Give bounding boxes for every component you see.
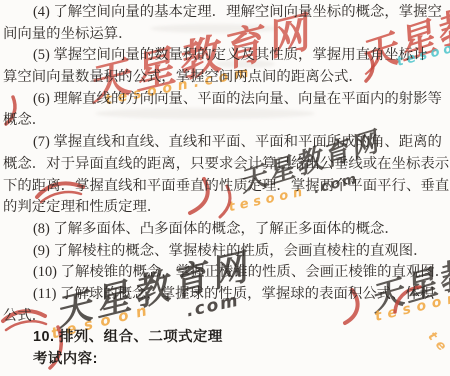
syllabus-line: (6) 理解直线的方向向量、平面的法向量、向量在平面内的射影等 [3, 89, 449, 111]
syllabus-line: (9) 了解棱柱的概念、掌握棱柱的性质，会画直棱柱的直观图． [3, 241, 449, 263]
syllabus-line: (8) 了解多面体、凸多面体的概念，了解正多面体的概念． [3, 219, 449, 241]
syllabus-line: (4) 了解空间向量的基本定理．理解空间向量坐标的概念，掌握空 [3, 2, 449, 24]
syllabus-line: (5) 掌握空间向量的数量积的定义及其性质，掌握用直角坐标计 [3, 45, 449, 67]
scanned-syllabus-page: 天星教育网 tesoon.com 天星教 tesoon 天星教育网 .com t… [0, 0, 450, 376]
syllabus-line: 下的距离．掌握直线和平面垂直的性质定理．掌握两个平面平行、垂直 [3, 176, 449, 198]
document-text-block: (4) 了解空间向量的基本定理．理解空间向量坐标的概念，掌握空 间向量的坐标运算… [3, 2, 449, 371]
syllabus-line: 公式． [3, 306, 449, 328]
syllabus-line: 间向量的坐标运算． [3, 24, 449, 46]
exam-content-label: 考试内容: [3, 349, 449, 371]
syllabus-line: (10) 了解棱锥的概念，掌握正棱锥的性质、会画正棱锥的直观图． [3, 262, 449, 284]
syllabus-line: 概念．对于异面直线的距离，只要求会计算已给出公垂线或在坐标表示 [3, 154, 449, 176]
syllabus-line: 算空间向量数量积的公式，掌握空间两点间的距离公式． [3, 67, 449, 89]
section-heading: 10. 排列、组合、二项式定理 [3, 327, 449, 349]
syllabus-line: (11) 了解球的概念，掌握球的性质，掌握球的表面积公式、体积 [3, 284, 449, 306]
syllabus-line: 概念． [3, 110, 449, 132]
syllabus-line: (7) 掌握直线和直线、直线和平面、平面和平面所成的角、距离的 [3, 132, 449, 154]
syllabus-line: 的判定定理和性质定理． [3, 197, 449, 219]
